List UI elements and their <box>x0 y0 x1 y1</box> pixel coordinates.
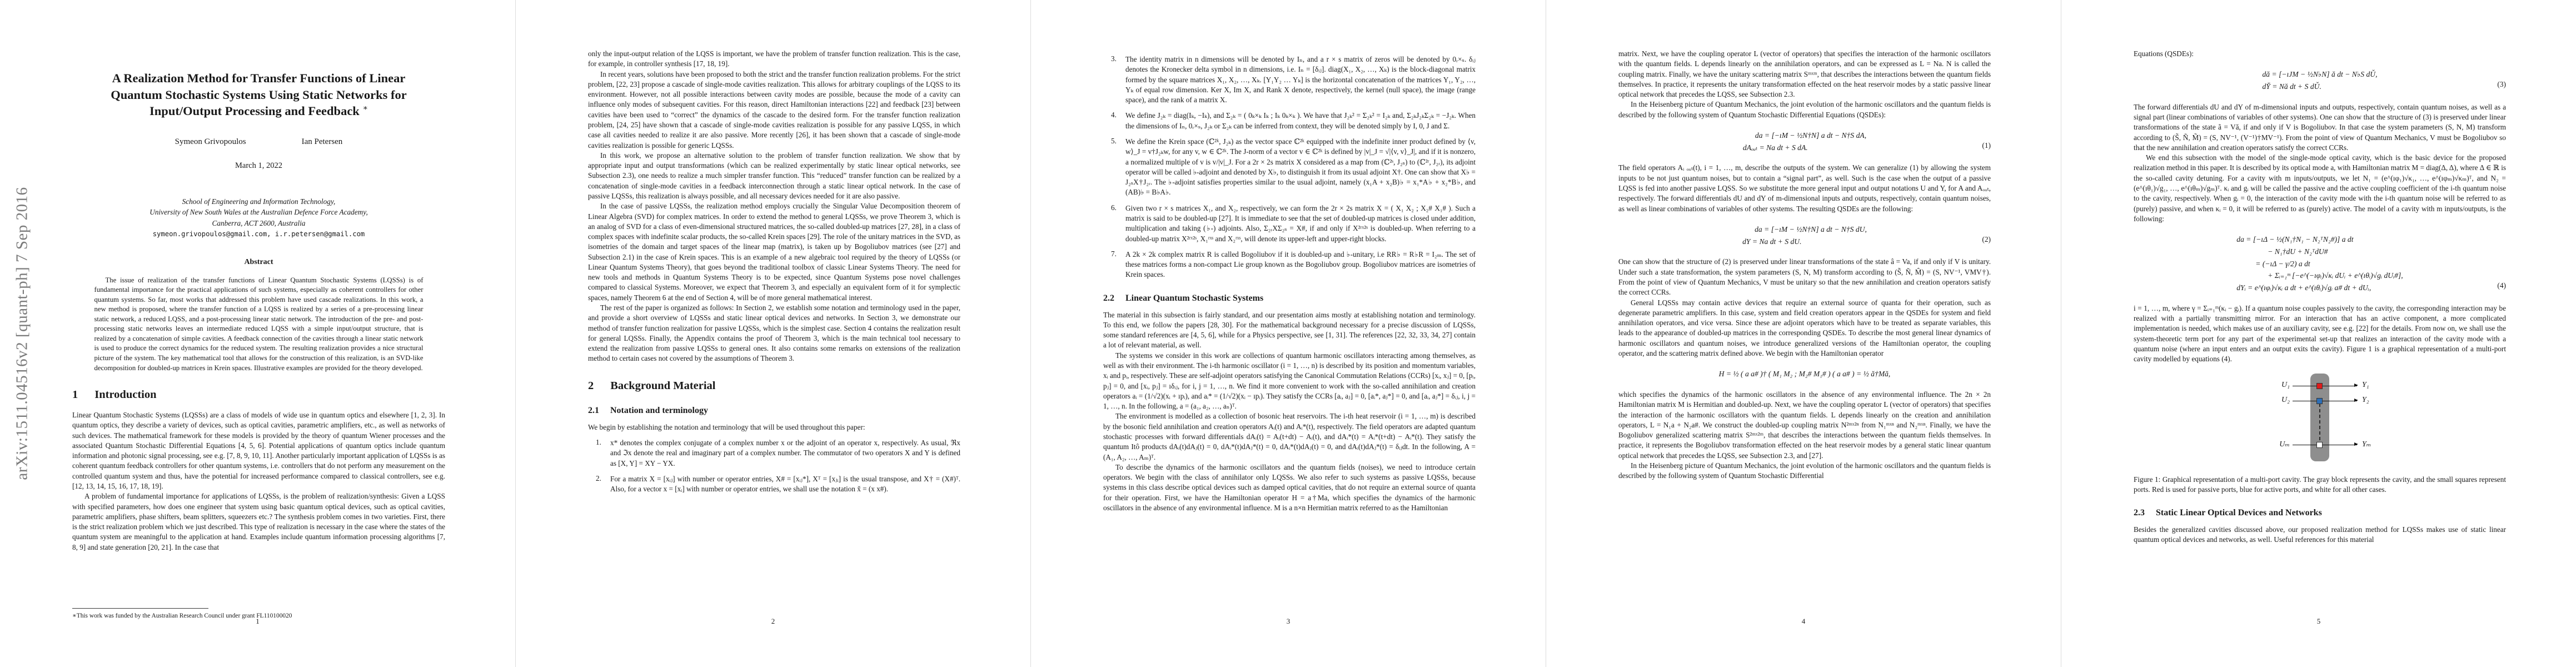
input-label-u1: U₁ <box>2255 381 2290 390</box>
equation-1: da = [−ıM − ½N†N] a dt − N†S dA, dAₒᵤₜ =… <box>1618 130 1991 154</box>
paragraph: In the Heisenberg picture of Quantum Mec… <box>1618 99 1991 120</box>
affiliation-line-3: Canberra, ACT 2600, Australia <box>72 218 445 228</box>
author-2: Ian Petersen <box>302 137 343 147</box>
arxiv-sidebar-label: arXiv:1511.04516v2 [quant-ph] 7 Sep 2016 <box>13 187 32 480</box>
affiliation-line-2: University of New South Wales at the Aus… <box>72 207 445 217</box>
list-item-1: 1. x* denotes the complex conjugate of a… <box>588 438 960 469</box>
page-number: 2 <box>516 617 1030 626</box>
list-item-6: 6. Given two r × s matrices X₁, and X₂, … <box>1103 203 1476 244</box>
page-number: 3 <box>1031 617 1546 626</box>
paragraph: The rest of the paper is organized as fo… <box>588 303 960 364</box>
generic-port-square <box>2316 442 2323 448</box>
equation-number: (2) <box>1982 233 1991 245</box>
ports-ellipsis-dashed-line <box>2319 404 2320 440</box>
title-line-1: A Realization Method for Transfer Functi… <box>72 70 445 87</box>
section-heading-introduction: 1Introduction <box>72 389 445 401</box>
section-number: 2 <box>588 380 594 392</box>
paragraph: General LQSSs may contain active devices… <box>1618 298 1991 359</box>
port-row-m: Uₘ Yₘ <box>2255 441 2384 449</box>
paragraph: To describe the dynamics of the harmonic… <box>1103 462 1476 513</box>
section-label: Introduction <box>94 389 156 401</box>
input-label-um: Uₘ <box>2255 440 2290 449</box>
paragraph: The field operators Aᵢ ₒᵤₜ(t), i = 1, …,… <box>1618 163 1991 213</box>
list-item-number: 4. <box>1111 111 1117 120</box>
page-number: 5 <box>2061 617 2576 626</box>
paragraph: The forward differentials dU and dY of m… <box>2134 102 2506 153</box>
list-item-number: 2. <box>596 474 601 483</box>
paragraph: We end this subsection with the model of… <box>2134 153 2506 224</box>
paragraph: A problem of fundamental importance for … <box>72 491 445 552</box>
list-item-text: Given two r × s matrices X₁, and X₂, res… <box>1125 203 1476 244</box>
paragraph: The environment is modelled as a collect… <box>1103 411 1476 462</box>
section-heading-background: 2Background Material <box>588 380 960 392</box>
abstract-heading: Abstract <box>72 258 445 267</box>
page-3: 3. The identity matrix in n dimensions w… <box>1030 0 1546 667</box>
equation-number: (3) <box>2497 78 2506 90</box>
page-number: 1 <box>0 617 515 626</box>
equation-line: = (−ıΔ − γ/2) a dt <box>2236 258 2403 270</box>
paragraph: The systems we consider in this work are… <box>1103 351 1476 412</box>
port-row-2: U₂ Y₂ <box>2255 397 2384 405</box>
list-item-5: 5. We define the Krein space (ℂ²ᵏ, J₂ₖ) … <box>1103 137 1476 198</box>
equation-line: da = [−ıM − ½N†N] a dt − N†S dA, <box>1743 130 1866 142</box>
page-5: Equations (QSDEs): dă = [−ıJM − ½N♭N] ă … <box>2061 0 2576 667</box>
list-item-text: The identity matrix in n dimensions will… <box>1125 54 1476 105</box>
subsection-number: 2.3 <box>2134 508 2145 517</box>
equation-line: da = [−ıM − ½N†N] a dt − N†S dU, <box>1742 223 1867 236</box>
list-item-number: 3. <box>1111 54 1117 63</box>
paragraph: only the input-output relation of the LQ… <box>588 49 960 69</box>
figure-1-multiport-cavity: U₁ Y₁ U₂ Y₂ Uₘ Yₘ <box>2255 374 2384 461</box>
subsection-number: 2.1 <box>588 406 599 415</box>
port-arrow <box>2293 386 2357 386</box>
active-port-square <box>2316 398 2323 404</box>
paragraph: In this work, we propose an alternative … <box>588 151 960 201</box>
list-item-7: 7. A 2k × 2k complex matrix R is called … <box>1103 250 1476 280</box>
port-arrow <box>2293 445 2357 445</box>
subsection-heading-lqss: 2.2Linear Quantum Stochastic Systems <box>1103 293 1476 303</box>
paragraph: i = 1, …, m, where γ = Σᵢ₌₁ᵐ(κᵢ − gᵢ). I… <box>2134 303 2506 365</box>
figure-1-caption: Figure 1: Graphical representation of a … <box>2134 475 2506 495</box>
list-item-text: For a matrix X = [xᵢⱼ] with number or op… <box>610 474 960 495</box>
list-item-text: x* denotes the complex conjugate of a co… <box>610 438 960 469</box>
subsection-label: Notation and terminology <box>610 406 708 415</box>
paragraph: In the Heisenberg picture of Quantum Mec… <box>1618 461 1991 481</box>
list-item-2: 2. For a matrix X = [xᵢⱼ] with number or… <box>588 474 960 495</box>
equation-2: da = [−ıM − ½N†N] a dt − N†S dU, dY = Na… <box>1618 223 1991 248</box>
equation-number: (4) <box>2497 280 2506 291</box>
footnote-rule <box>72 608 208 609</box>
page-number: 4 <box>1546 617 2061 626</box>
passive-port-square <box>2316 383 2323 389</box>
equation-line: + Σᵢ₌₁ᵐ [−e^(−ıφᵢ)√κᵢ dUᵢ + e^(ıθᵢ)√gᵢ d… <box>2236 270 2403 282</box>
section-label: Background Material <box>610 380 715 392</box>
paragraph: Linear Quantum Stochastic Systems (LQSSs… <box>72 410 445 491</box>
subsection-label: Static Linear Optical Devices and Networ… <box>2156 508 2322 517</box>
list-item-3: 3. The identity matrix in n dimensions w… <box>1103 54 1476 105</box>
page-2: only the input-output relation of the LQ… <box>515 0 1030 667</box>
paper-title: A Realization Method for Transfer Functi… <box>72 70 445 120</box>
list-item-number: 1. <box>596 438 601 447</box>
section-number: 1 <box>72 389 78 401</box>
title-line-2: Quantum Stochastic Systems Using Static … <box>72 87 445 103</box>
list-item-number: 7. <box>1111 250 1117 258</box>
author-emails: symeon.grivopoulos@gmail.com, i.r.peters… <box>72 230 445 238</box>
list-item-number: 5. <box>1111 137 1117 146</box>
equation-line: dYᵢ = e^(ıφᵢ)√κᵢ a dt + e^(ıθᵢ)√gᵢ a# dt… <box>2236 282 2403 294</box>
equation-line: dY = Na dt + S dU. <box>1742 236 1867 248</box>
equation-line: dă = [−ıJM − ½N♭N] ă dt − N♭S dǓ, <box>2263 68 2378 81</box>
paragraph: which specifies the dynamics of the harm… <box>1618 390 1991 461</box>
equation-line: dAₒᵤₜ = Na dt + S dA. <box>1743 142 1866 154</box>
equation-line: dY̌ = Nă dt + S dǓ. <box>2263 81 2378 93</box>
author-1: Symeon Grivopoulos <box>175 137 246 147</box>
output-label-ym: Yₘ <box>2362 440 2371 449</box>
list-item-text: We define the Krein space (ℂ²ᵏ, J₂ₖ) as … <box>1125 137 1476 198</box>
output-label-y1: Y₁ <box>2362 381 2369 390</box>
title-line-3: Input/Output Processing and Feedback <box>150 104 360 118</box>
paragraph: In the case of passive LQSSs, the realiz… <box>588 201 960 303</box>
subsection-heading-notation: 2.1Notation and terminology <box>588 406 960 416</box>
port-row-1: U₁ Y₁ <box>2255 382 2384 390</box>
title-footnote-star: ∗ <box>362 104 368 113</box>
list-item-4: 4. We define J₂ₖ = diag(Iₖ, −Iₖ), and Σ₂… <box>1103 111 1476 131</box>
paper-date: March 1, 2022 <box>72 161 445 171</box>
equation-number: (1) <box>1982 140 1991 151</box>
paragraph: In recent years, solutions have been pro… <box>588 69 960 151</box>
equation-line: H = ½ ( a a# )† ( M₁ M₂ ; M₂# M₁# ) ( a … <box>1719 368 1891 380</box>
paragraph: Equations (QSDEs): <box>2134 49 2506 59</box>
page-1: arXiv:1511.04516v2 [quant-ph] 7 Sep 2016… <box>0 0 515 667</box>
equation-4: da = [−ıΔ − ½(N₁†N₁ − N₂ᵀN₂#)] a dt − N₁… <box>2134 233 2506 294</box>
author-list: Symeon Grivopoulos Ian Petersen <box>72 137 445 147</box>
subsection-number: 2.2 <box>1103 293 1114 303</box>
affiliation-line-1: School of Engineering and Information Te… <box>72 196 445 207</box>
subsection-heading-static-networks: 2.3Static Linear Optical Devices and Net… <box>2134 508 2506 518</box>
paragraph: One can show that the structure of (2) i… <box>1618 257 1991 297</box>
subsection-label: Linear Quantum Stochastic Systems <box>1125 293 1263 303</box>
paragraph: matrix. Next, we have the coupling opera… <box>1618 49 1991 99</box>
page-4: matrix. Next, we have the coupling opera… <box>1546 0 2061 667</box>
equation-line: − N₁†dU + N₂ᵀdU# <box>2236 246 2403 258</box>
equation-3: dă = [−ıJM − ½N♭N] ă dt − N♭S dǓ, dY̌ = … <box>2134 68 2506 93</box>
paragraph: Besides the generalized cavities discuss… <box>2134 525 2506 545</box>
affiliation-block: School of Engineering and Information Te… <box>72 196 445 228</box>
equation-hamiltonian: H = ½ ( a a# )† ( M₁ M₂ ; M₂# M₁# ) ( a … <box>1618 368 1991 380</box>
equation-line: da = [−ıΔ − ½(N₁†N₁ − N₂ᵀN₂#)] a dt <box>2236 233 2403 246</box>
list-item-text: A 2k × 2k complex matrix R is called Bog… <box>1125 250 1476 280</box>
output-label-y2: Y₂ <box>2362 396 2369 405</box>
list-item-text: We define J₂ₖ = diag(Iₖ, −Iₖ), and Σ₂ₖ =… <box>1125 111 1476 131</box>
paragraph: We begin by establishing the notation an… <box>588 422 960 432</box>
abstract-text: The issue of realization of the transfer… <box>94 276 423 373</box>
port-arrow <box>2293 401 2357 401</box>
list-item-number: 6. <box>1111 203 1117 212</box>
input-label-u2: U₂ <box>2255 396 2290 405</box>
paper-screenshot: arXiv:1511.04516v2 [quant-ph] 7 Sep 2016… <box>0 0 2576 667</box>
paragraph: The material in this subsection is fairl… <box>1103 310 1476 351</box>
